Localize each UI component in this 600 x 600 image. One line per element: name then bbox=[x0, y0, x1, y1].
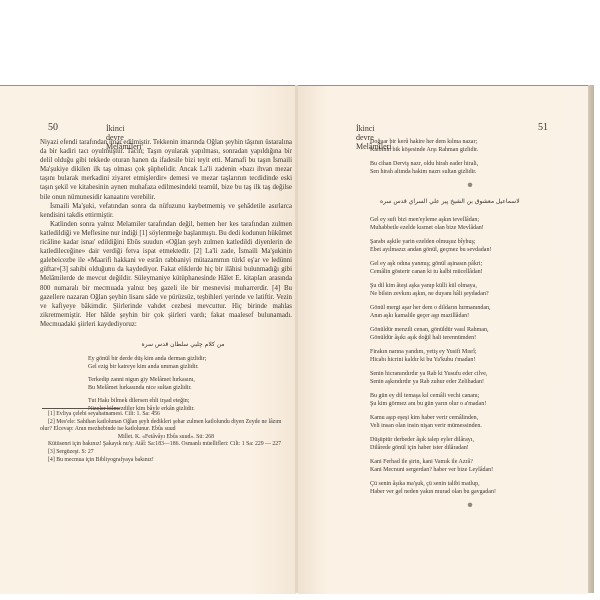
verse-line: Tut Hakı bilmek dilersen ehli irşad eteğ… bbox=[88, 397, 278, 405]
verse-line: Veli insan olan insin nişan verir mümess… bbox=[370, 422, 570, 430]
body-text: Niyazi efendi tarafından imar edilmiştir… bbox=[40, 138, 292, 329]
poem-continuation: Doğuar bir kerû hakire her dem kılma naz… bbox=[370, 138, 570, 176]
verse-line: Bu cihan Derviş nazr, oldu hirah eader h… bbox=[370, 160, 570, 168]
poem: Doğuar bir kerû hakire her dem kılma naz… bbox=[370, 138, 570, 518]
verse-line: Gel ey sufi bizi men'eyleme aşkın tevell… bbox=[370, 216, 570, 224]
verse-line: Gönül mergi aşar her dem o dildarın hırm… bbox=[370, 304, 570, 312]
verse-line: Hicabı hicrini kaldır ki bu Ya'kubu ı'ma… bbox=[370, 356, 570, 364]
verse-line: Haber ver gel neden yakın murad olan bu … bbox=[370, 488, 570, 496]
verse-line: Şarabı aşkile yarin ezelden olmuşuz bîyh… bbox=[370, 238, 570, 246]
arabic-heading: لاسماعيل معشوق بن الشيخ پير علي السراي ق… bbox=[370, 198, 570, 206]
stanza: Senin hicranındırdır ya Rab ki Yusufu ed… bbox=[370, 370, 570, 386]
verse-line: Kani Mecnuni sergerdan? haber ver bize L… bbox=[370, 466, 570, 474]
footnote: [2] Mes'ele: Sahihan katlolunan Oğlan şe… bbox=[40, 419, 292, 434]
verse-line: Firakın narına yandım, yetiş ey Yusifi M… bbox=[370, 348, 570, 356]
verse-line: Bu Melâmet hırkasında nice sultan gizlid… bbox=[88, 384, 278, 392]
stanza: Ey gönül bir derde düş kim anda derman g… bbox=[88, 355, 278, 371]
stanza: Kani Ferhad ile şirin, kani Vamık ile Az… bbox=[370, 458, 570, 474]
stanza: Firakın narına yandım, yetiş ey Yusifi M… bbox=[370, 348, 570, 364]
left-page: 50 İkinci devre Melâmîleri Niyazi efendi… bbox=[0, 85, 296, 594]
page-edges bbox=[588, 85, 594, 593]
paragraph: Katlinden sonra yalnız Melamiler tarafın… bbox=[40, 220, 292, 329]
verse-line: Sen hirah altında hakim nazrı sultan giz… bbox=[370, 168, 570, 176]
verse-line: Anın aşkı kamalile geçer aşp mazillâdan! bbox=[370, 312, 570, 320]
stanza: Terkedip zanni nigun giy Melâmet hırkası… bbox=[88, 376, 278, 392]
verse-line: Terkedip zanni nigun giy Melâmet hırkası… bbox=[88, 376, 278, 384]
verse-line: Gel ezig bir katreye kim anda umman gizl… bbox=[88, 363, 278, 371]
stanza: Düşüptür derbeder âşık talep eyler dilâr… bbox=[370, 436, 570, 452]
verse-line: Şu dil kim âteşi aşka yanıp külli kül ol… bbox=[370, 282, 570, 290]
stanza: Doğuar bir kerû hakire her dem kılma naz… bbox=[370, 138, 570, 154]
verse-line: Düşüptür derbeder âşık talep eyler dilâr… bbox=[370, 436, 570, 444]
verse-line: Gönüldür âşıkı aşık doğil hali terennümd… bbox=[370, 334, 570, 342]
verse-line: Ebet ayılmazız andan gönül, geçmez bu se… bbox=[370, 246, 570, 254]
verse-line: Kalbinin bik köşesinde Arşı Rahman gizli… bbox=[370, 146, 570, 154]
end-ornament-icon: ❁ bbox=[370, 502, 570, 510]
footnote: [1] Evliya çelebi seyahatnamesi. Cilt: 1… bbox=[40, 411, 292, 419]
verse-line: Bu gün ey dil temaşa kıl cemâli vechi ca… bbox=[370, 392, 570, 400]
verse-line: Ne bilsin zevkını aşkın, ne duyanı hâli … bbox=[370, 290, 570, 298]
page-number: 51 bbox=[538, 122, 548, 133]
stanza: Bu gün ey dil temaşa kıl cemâli vechi ca… bbox=[370, 392, 570, 408]
paragraph: İsmaili Ma'şuki, vefatından sonra da nüf… bbox=[40, 202, 292, 220]
stanza: Şu dil kim âteşi aşka yanıp külli kül ol… bbox=[370, 282, 570, 298]
open-book-spread: 50 İkinci devre Melâmîleri Niyazi efendi… bbox=[0, 85, 600, 595]
verse-line: Dilârede gönül için haber ister dilârada… bbox=[370, 444, 570, 452]
poem-stanzas: Gel ey sufi bizi men'eyleme aşkın tevell… bbox=[370, 216, 570, 496]
footnote: Kütüsenri için bakınız! Şakayık nu'ş: At… bbox=[40, 441, 292, 449]
verse-line: Doğuar bir kerû hakire her dem kılma naz… bbox=[370, 138, 570, 146]
verse-line: Şu kim görmez anı bu gün yarın olur o a'… bbox=[370, 400, 570, 408]
verse-line: Ey gönül bir derde düş kim anda derman g… bbox=[88, 355, 278, 363]
stanza: Gönüldür menzili cenan, gönüldür vasıl R… bbox=[370, 326, 570, 342]
page-number: 50 bbox=[48, 122, 58, 133]
verse-line: Cemâlin gösterir canan ki tu kalbi mücel… bbox=[370, 268, 570, 276]
verse-line: Senin aşkındırdır ya Rab zuhur eder Zeli… bbox=[370, 378, 570, 386]
right-page: İkinci devre Melâmîleri 51 Doğuar bir ke… bbox=[298, 85, 588, 594]
stanza: Bu cihan Derviş nazr, oldu hirah eader h… bbox=[370, 160, 570, 176]
arabic-heading: من كلام چلبي سلطان قدس سره bbox=[88, 341, 278, 349]
verse-line: Kamu aşıp eşeşi kim haber verir cemâlind… bbox=[370, 414, 570, 422]
footnote: [3] Sergüzeşt. S: 27 bbox=[40, 449, 292, 457]
stanza: Şarabı aşkile yarin ezelden olmuşuz bîyh… bbox=[370, 238, 570, 254]
verse-line: Kani Ferhad ile şirin, kani Vamık ile Az… bbox=[370, 458, 570, 466]
verse-line: Gönüldür menzili cenan, gönüldür vasıl R… bbox=[370, 326, 570, 334]
stanza: Çü senin âşıka ma'şuk, çü senin talibi m… bbox=[370, 480, 570, 496]
footnote: [4] Bu mecmua için Bibliyografyaya bakın… bbox=[40, 457, 292, 465]
verse-line: Çü senin âşıka ma'şuk, çü senin talibi m… bbox=[370, 480, 570, 488]
verse-line: Senin hicranındırdır ya Rab ki Yusufu ed… bbox=[370, 370, 570, 378]
footnotes: [1] Evliya çelebi seyahatnamesi. Cilt: 1… bbox=[40, 411, 292, 464]
ornament-icon: ❁ bbox=[370, 182, 570, 190]
verse-line: Gel ey aşk odına yanmış; gönül aşinasın … bbox=[370, 260, 570, 268]
paragraph: Niyazi efendi tarafından imar edilmiştir… bbox=[40, 138, 292, 202]
stanza: Gönül mergi aşar her dem o dildarın hırm… bbox=[370, 304, 570, 320]
poem: من كلام چلبي سلطان قدس سره Ey gönül bir … bbox=[88, 341, 278, 418]
stanza: Gel ey aşk odına yanmış; gönül aşinasın … bbox=[370, 260, 570, 276]
stanza: Kamu aşıp eşeşi kim haber verir cemâlind… bbox=[370, 414, 570, 430]
footnote-divider bbox=[42, 408, 120, 409]
stanza: Gel ey sufi bizi men'eyleme aşkın tevell… bbox=[370, 216, 570, 232]
verse-line: Muhabbetle ezelde kısmet olan bize Mevlâ… bbox=[370, 224, 570, 232]
